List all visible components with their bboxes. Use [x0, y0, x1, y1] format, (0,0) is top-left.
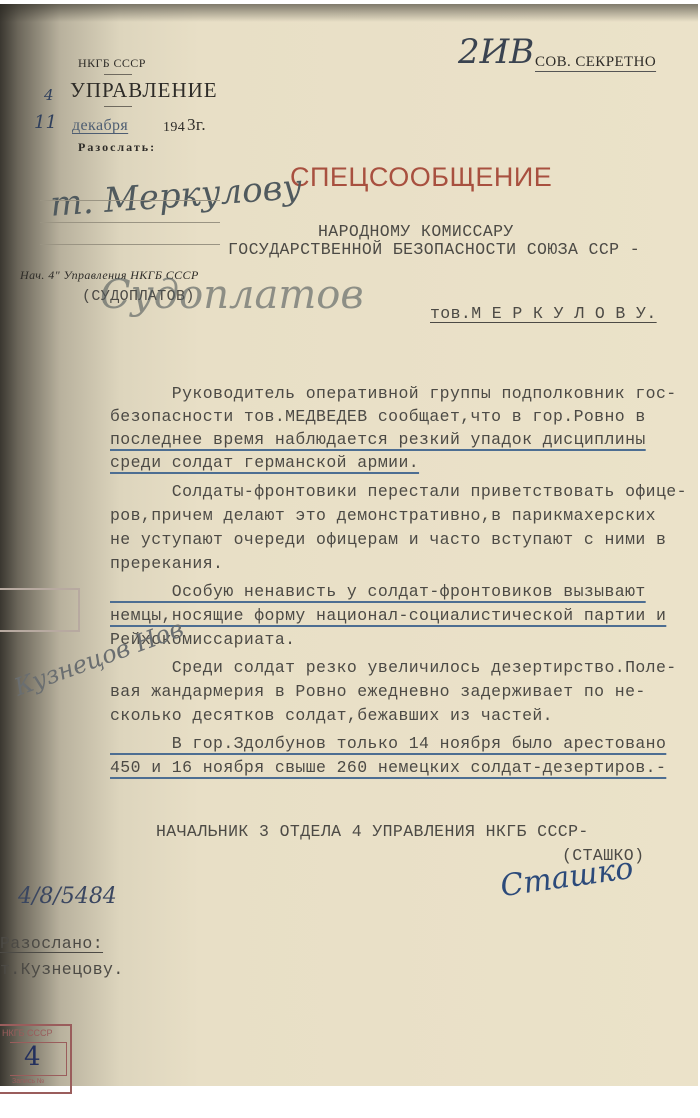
directorate-number: 4	[44, 86, 54, 104]
archive-stamp-number: 4	[24, 1042, 41, 1072]
body-line: Особую ненависть у солдат-фронтовиков вы…	[110, 582, 646, 601]
document-page: НКГБ СССР 4 УПРАВЛЕНИЕ 11 декабря 194 3г…	[0, 4, 698, 1086]
body-line: пререкания.	[110, 554, 223, 573]
directorate-label: УПРАВЛЕНИЕ	[70, 78, 218, 103]
margin-stamp	[0, 588, 80, 632]
date-month: декабря	[72, 117, 128, 135]
sent-to: т.Кузнецову.	[0, 960, 124, 979]
body-line: Среди солдат резко увеличилось дезертирс…	[110, 658, 677, 677]
sent-label: Разослано:	[0, 934, 103, 953]
addressee-line1: НАРОДНОМУ КОМИССАРУ	[318, 222, 514, 241]
date-year-suffix: 3г.	[187, 115, 206, 135]
body-line: Солдаты-фронтовики перестали приветствов…	[110, 482, 687, 501]
body-line: последнее время наблюдается резкий упадо…	[110, 430, 646, 449]
body-line: ров,причем делают это демонстративно,в п…	[110, 506, 656, 525]
handwritten-signature-head: Судоплатов	[100, 272, 364, 318]
addressee-line2: ГОСУДАРСТВЕННОЙ БЕЗОПАСНОСТИ СОЮЗА ССР -	[228, 240, 640, 259]
body-line: не уступают очереди офицерам и часто вст…	[110, 530, 666, 549]
body-line: немцы,носящие форму национал-социалистич…	[110, 606, 666, 625]
document-title: СПЕЦСООБЩЕНИЕ	[290, 162, 552, 193]
signature-title: НАЧАЛЬНИК 3 ОТДЕЛА 4 УПРАВЛЕНИЯ НКГБ ССС…	[156, 822, 589, 841]
body-line: сколько десятков солдат,бежавших из част…	[110, 706, 553, 725]
handwritten-addressee: т. Меркулову	[49, 167, 303, 224]
org-name: НКГБ СССР	[78, 56, 146, 71]
body-line: Руководитель оперативной группы подполко…	[110, 384, 677, 403]
classification-label: СОВ. СЕКРЕТНО	[535, 54, 656, 71]
handwritten-signature: Сташко	[498, 851, 635, 904]
body-line: 450 и 16 ноября свыше 260 немецких солда…	[110, 758, 666, 777]
date-year-prefix: 194	[163, 120, 185, 136]
archive-stamp: НКГБ СССР 4 Запись №	[0, 1024, 72, 1094]
archive-stamp-header: НКГБ СССР	[2, 1028, 53, 1038]
handwritten-number: 2ИВ	[458, 32, 534, 72]
date-day: 11	[34, 112, 57, 133]
body-line: среди солдат германской армии.	[110, 453, 419, 472]
body-line: безопасности тов.МЕДВЕДЕВ сообщает,что в…	[110, 407, 646, 426]
archive-stamp-footer: Запись №	[12, 1078, 44, 1085]
send-to-label: Разослать:	[78, 140, 156, 155]
body-line: В гор.Здолбунов только 14 ноября было ар…	[110, 734, 666, 753]
body-line: вая жандармерия в Ровно ежедневно задерж…	[110, 682, 646, 701]
addressee-line3: тов.М Е Р К У Л О В У.	[430, 304, 657, 323]
registration-number: 4/8/5484	[18, 884, 117, 909]
